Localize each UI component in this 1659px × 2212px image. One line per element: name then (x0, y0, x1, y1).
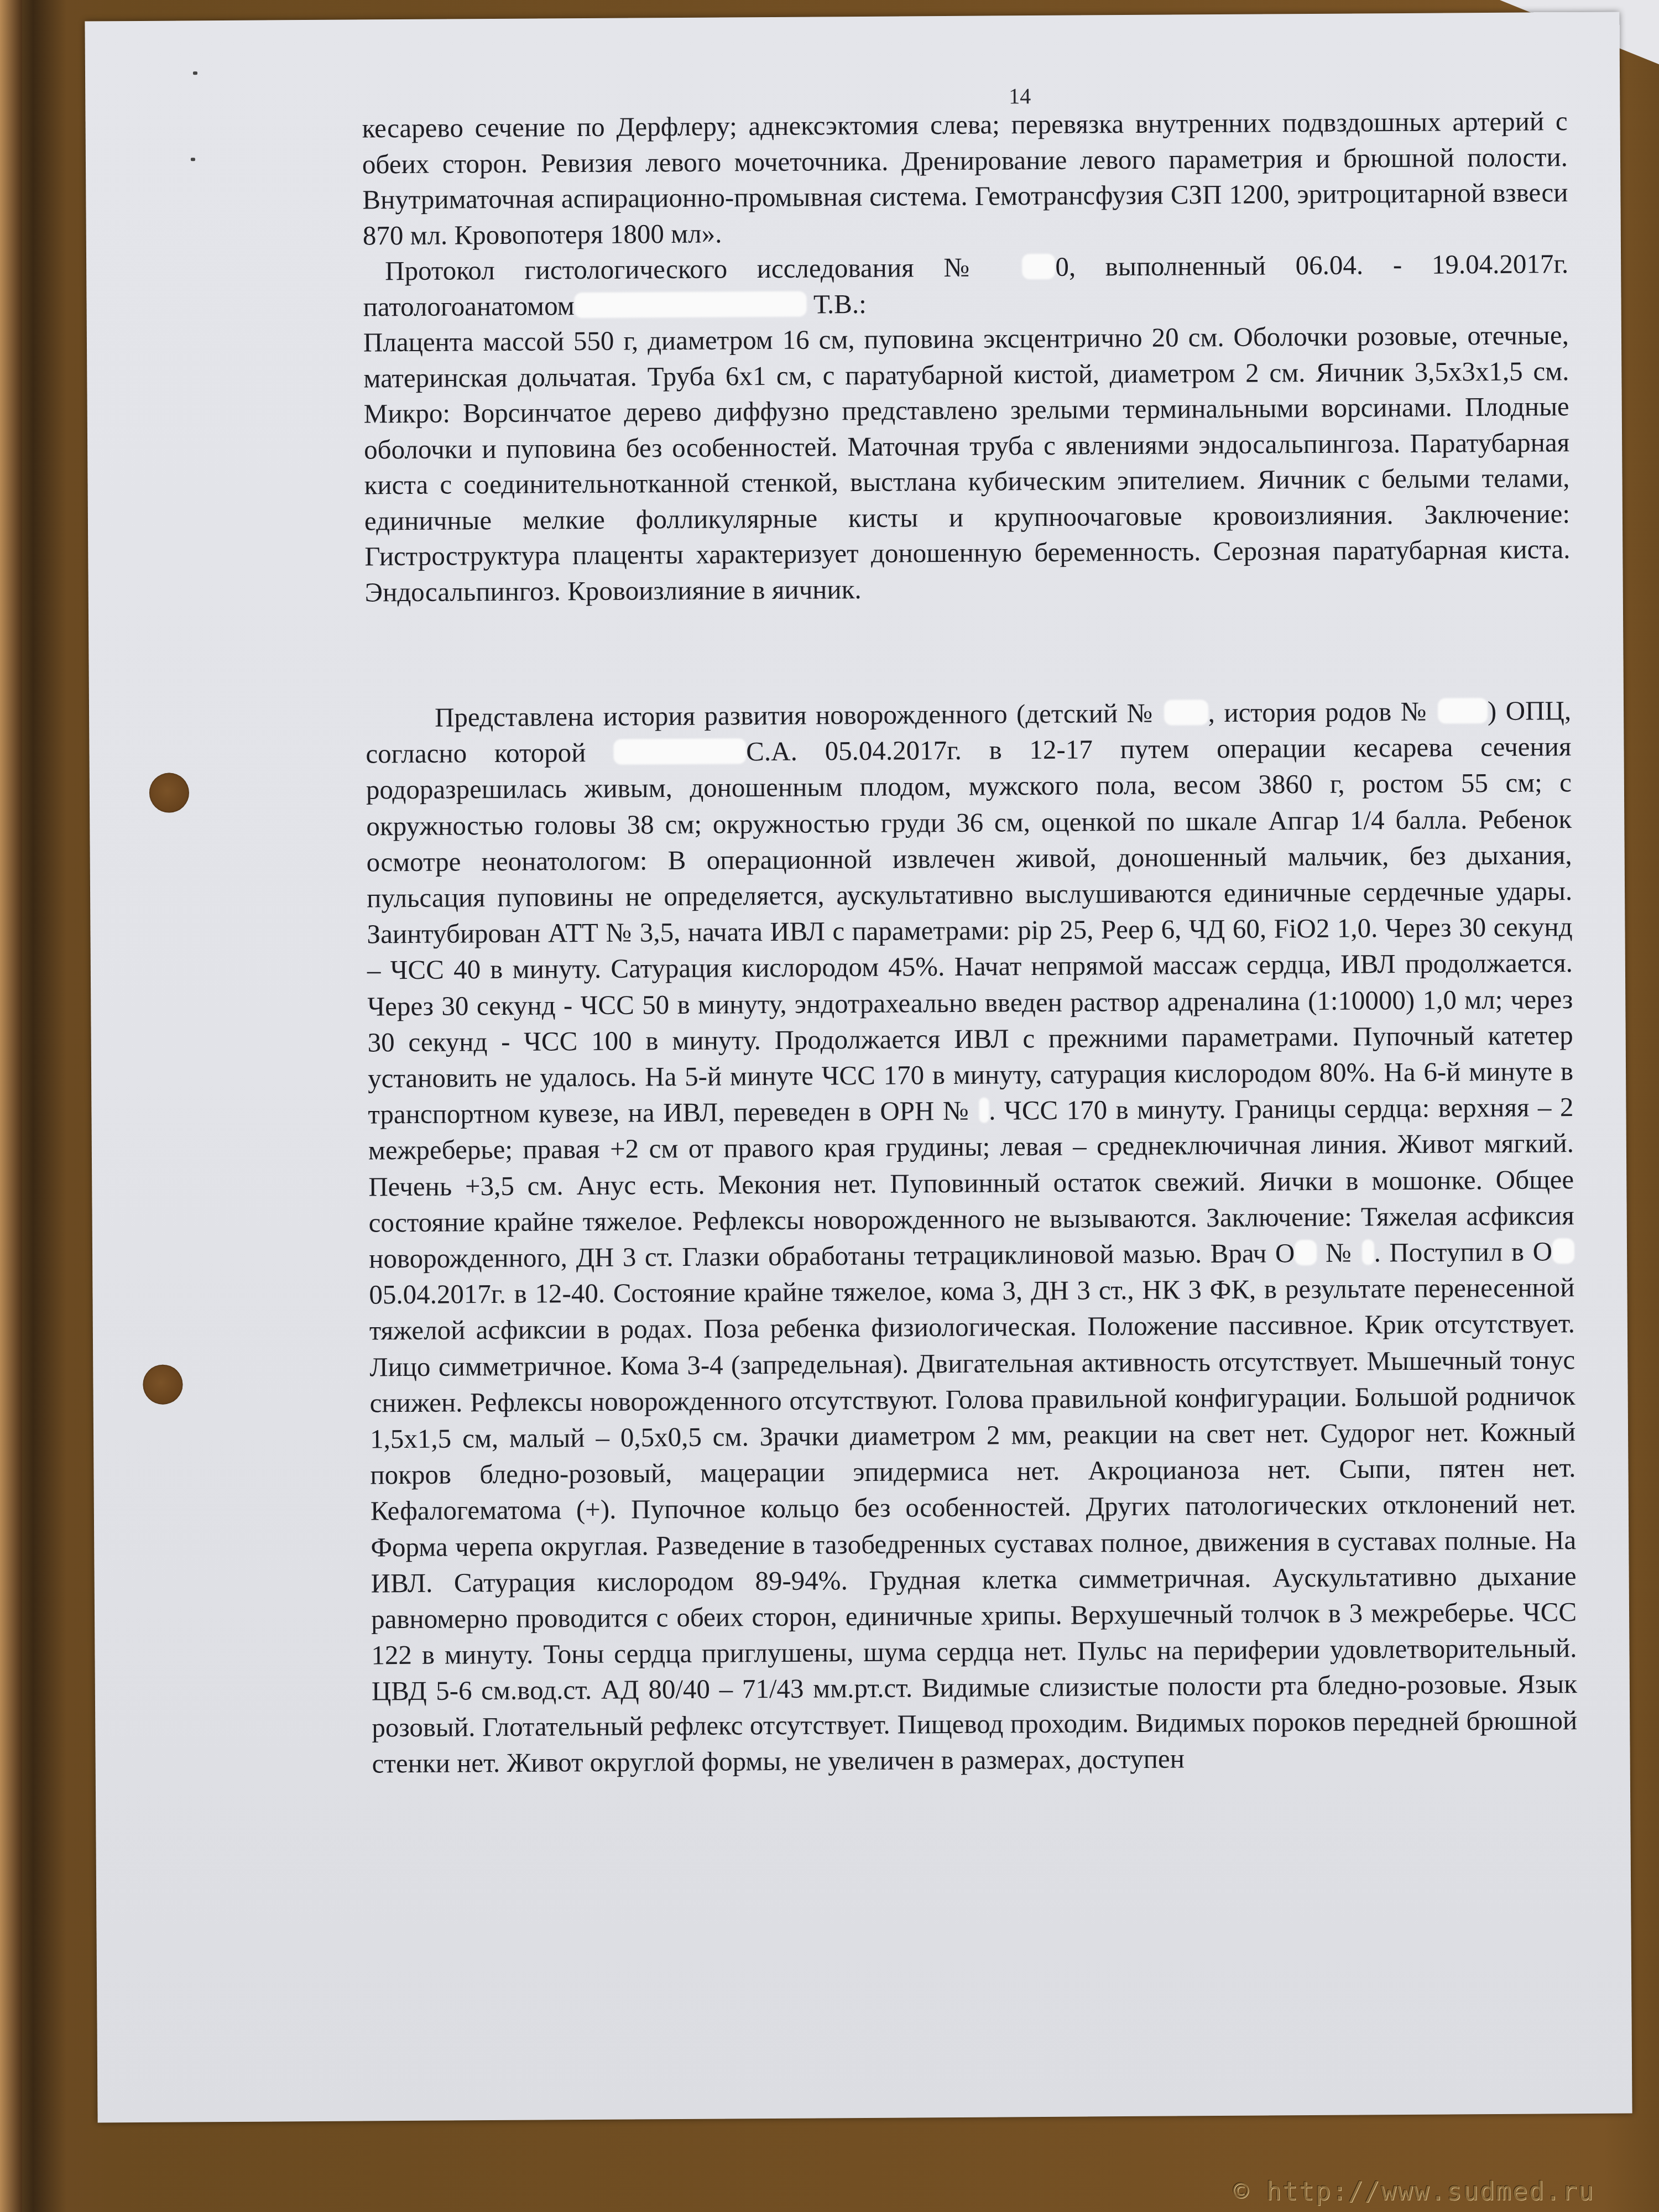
paragraph-operation-summary: кесарево сечение по Дерфлеру; аднексэкто… (362, 103, 1568, 253)
text-segment: Т.В.: (813, 288, 867, 319)
redacted-number (979, 1098, 989, 1123)
redacted-number (1361, 1239, 1374, 1265)
paragraph-histology-findings: Плацента массой 550 г, диаметром 16 см, … (363, 317, 1571, 610)
paper-speck (193, 71, 197, 75)
text-segment: С.А. 05.04.2017г. в 12-17 путем операции… (366, 731, 1573, 1129)
redacted-number (1438, 698, 1488, 724)
text-segment: . Поступил в О (1374, 1236, 1552, 1267)
punch-hole (143, 1364, 182, 1404)
redacted-number (1022, 254, 1055, 279)
page-number: 14 (964, 83, 1075, 109)
redacted-name (574, 291, 806, 318)
redacted-text (1552, 1238, 1574, 1264)
text-segment: , история родов № (1208, 696, 1429, 728)
paper-speck (191, 158, 195, 161)
paragraph-newborn-history: Представлена история развития новорожден… (366, 692, 1578, 1781)
text-segment: № (1326, 1238, 1353, 1268)
text-segment: Представлена история развития новорожден… (435, 698, 1155, 733)
paragraph-histology-header: Протокол гистологического исследования №… (363, 246, 1569, 325)
watermark: © http://www.sudmed.ru (1233, 2176, 1594, 2206)
redacted-text (1295, 1240, 1317, 1265)
desk-edge (0, 0, 22, 2212)
text-segment: Протокол гистологического исследования № (385, 252, 993, 286)
text-block-lower: Представлена история развития новорожден… (366, 692, 1578, 1781)
text-segment: 05.04.2017г. в 12-40. Состояние крайне т… (369, 1272, 1577, 1778)
redacted-number (1164, 700, 1208, 725)
document-page: 14 кесарево сечение по Дерфлеру; аднексэ… (85, 12, 1632, 2123)
text-block-upper: кесарево сечение по Дерфлеру; аднексэкто… (362, 103, 1570, 610)
redacted-name (613, 738, 746, 764)
punch-hole (149, 773, 189, 812)
